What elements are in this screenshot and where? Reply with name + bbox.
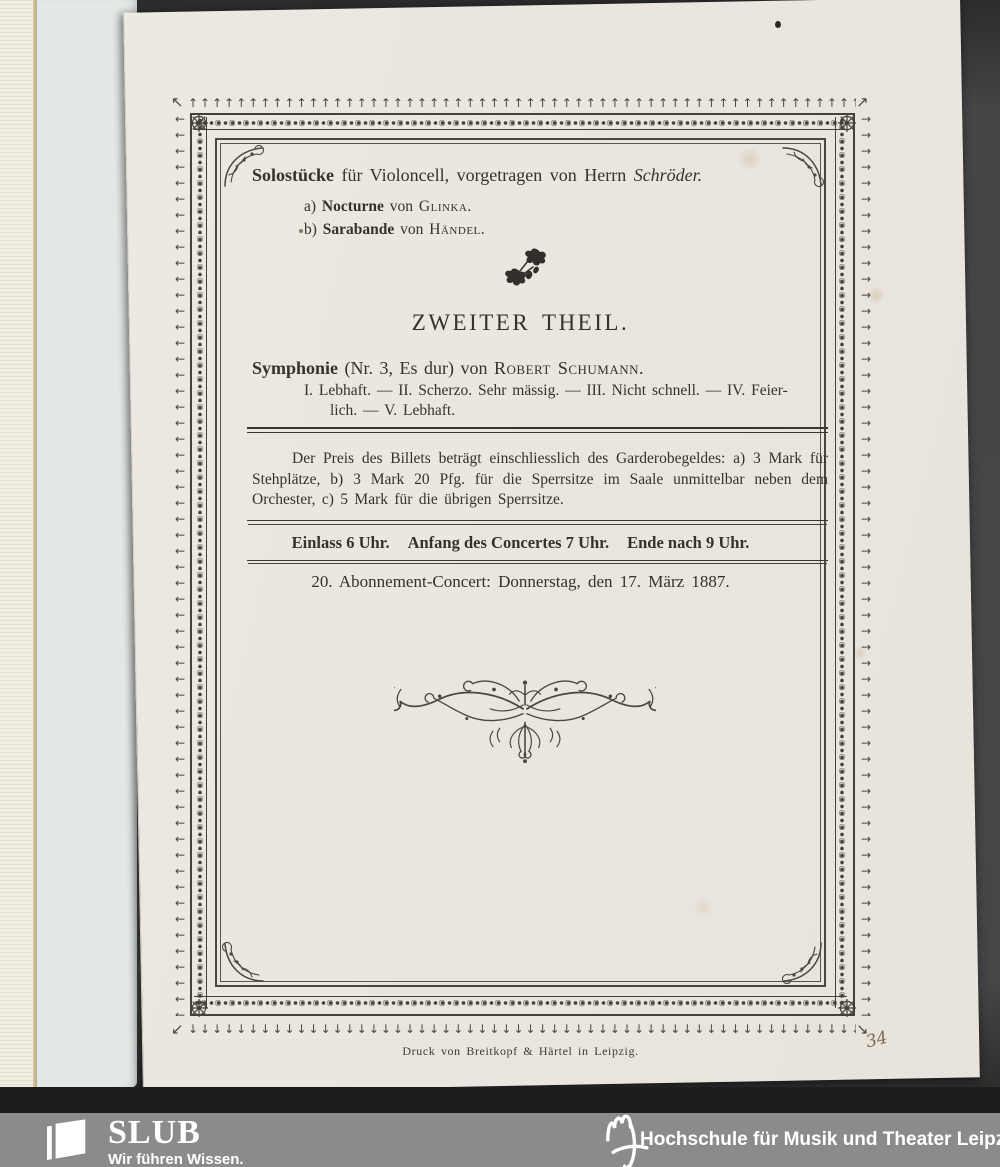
item-title: Nocturne <box>322 198 384 215</box>
hmt-logo-link[interactable]: Hochschule für Musik und Theater Leipzig <box>598 1113 1000 1167</box>
slub-wordmark: SLUB <box>108 1117 244 1149</box>
program-item-a: a) Nocturne von Glinka. <box>304 198 472 216</box>
corner-rosette-icon <box>188 997 210 1019</box>
border-bead-band-bottom <box>194 996 847 1009</box>
ticket-price-note: Der Preis des Billets beträgt einschlies… <box>252 449 828 511</box>
binding-hole <box>775 21 781 28</box>
times-line: Einlass 6 Uhr.Anfang des Concertes 7 Uhr… <box>190 533 851 553</box>
corner-arrow-icon: ↖ <box>171 95 184 110</box>
composer-name: Robert Schumann. <box>494 358 644 378</box>
mt-monogram-icon <box>598 1112 652 1167</box>
corner-rosette-icon <box>836 997 858 1019</box>
underlying-page-edge <box>37 0 137 1096</box>
item-title: Sarabande <box>323 221 395 238</box>
performer-name: Schröder. <box>634 165 703 185</box>
border-fringe-top: ↑↑↑↑↑↑↑↑↑↑↑↑↑↑↑↑↑↑↑↑↑↑↑↑↑↑↑↑↑↑↑↑↑↑↑↑↑↑↑↑… <box>188 96 856 111</box>
start-time: Anfang des Concertes 7 Uhr. <box>408 533 610 552</box>
border-bead-band-left <box>194 117 207 1008</box>
border-fringe-right: →→→→→→→→→→→→→→→→→→→→→→→→→→→→→→→→→→→→→→→→… <box>858 112 873 1016</box>
solo-pieces-title: Solostücke <box>252 165 334 185</box>
item-label: b) <box>304 221 323 238</box>
slub-logo-link[interactable]: SLUB Wir führen Wissen. <box>44 1117 244 1167</box>
concert-info-line: 20. Abonnement-Concert: Donnerstag, den … <box>190 572 851 592</box>
digitized-document-viewer: { "concert_program": { "solo_piece_line"… <box>0 0 1000 1167</box>
scrollwork-flourish-ornament <box>394 672 656 768</box>
double-rule <box>247 427 828 433</box>
item-label: a) <box>304 198 322 215</box>
corner-rosette-icon <box>188 112 210 134</box>
composer-name: Händel. <box>429 221 485 238</box>
corner-rosette-icon <box>836 112 858 134</box>
border-bead-band-top <box>194 117 847 130</box>
symphony-title: Symphonie <box>252 358 338 378</box>
symphony-middle: (Nr. 3, Es dur) von <box>338 358 494 378</box>
corner-arrow-icon: ↗ <box>856 95 869 110</box>
program-item-b: b) Sarabande von Händel. <box>304 221 485 239</box>
movements-line-1: I. Lebhaft. — II. Scherzo. Sehr mässig. … <box>252 381 788 401</box>
corner-acanthus-icon <box>780 940 824 984</box>
solo-pieces-middle: für Violoncell, vorgetragen von Herrn <box>334 165 634 185</box>
book-fore-edge <box>0 0 33 1100</box>
admission-time: Einlass 6 Uhr. <box>292 533 390 552</box>
border-fringe-left: ←←←←←←←←←←←←←←←←←←←←←←←←←←←←←←←←←←←←←←←←… <box>172 112 187 1016</box>
border-fringe-bottom: ↓↓↓↓↓↓↓↓↓↓↓↓↓↓↓↓↓↓↓↓↓↓↓↓↓↓↓↓↓↓↓↓↓↓↓↓↓↓↓↓… <box>188 1022 856 1037</box>
oak-leaf-ornament-icon <box>501 245 549 289</box>
thin-rule <box>247 560 828 563</box>
open-book-icon <box>44 1117 94 1161</box>
item-connector: von <box>384 198 419 215</box>
border-bead-band-right <box>835 117 848 1008</box>
symphony-line: Symphonie (Nr. 3, Es dur) von Robert Sch… <box>252 358 644 379</box>
composer-name: Glinka. <box>419 198 472 215</box>
scan-backdrop-strip <box>0 1087 1000 1113</box>
solo-pieces-line: Solostücke für Violoncell, vorgetragen v… <box>252 165 812 186</box>
printer-imprint: Druck von Breitkopf & Härtel in Leipzig. <box>190 1044 851 1059</box>
movements-line-2: lich. — V. Lebhaft. <box>252 401 788 421</box>
hmt-institution-name: Hochschule für Musik und Theater Leipzig <box>640 1129 1000 1151</box>
movements-list: I. Lebhaft. — II. Scherzo. Sehr mässig. … <box>252 381 788 421</box>
thin-rule <box>247 520 828 524</box>
corner-acanthus-icon <box>222 940 266 984</box>
slub-tagline: Wir führen Wissen. <box>108 1151 244 1167</box>
corner-arrow-icon: ↙ <box>171 1022 184 1037</box>
item-connector: von <box>394 221 429 238</box>
part-two-heading: ZWEITER THEIL. <box>190 310 851 336</box>
end-time: Ende nach 9 Uhr. <box>627 533 749 552</box>
